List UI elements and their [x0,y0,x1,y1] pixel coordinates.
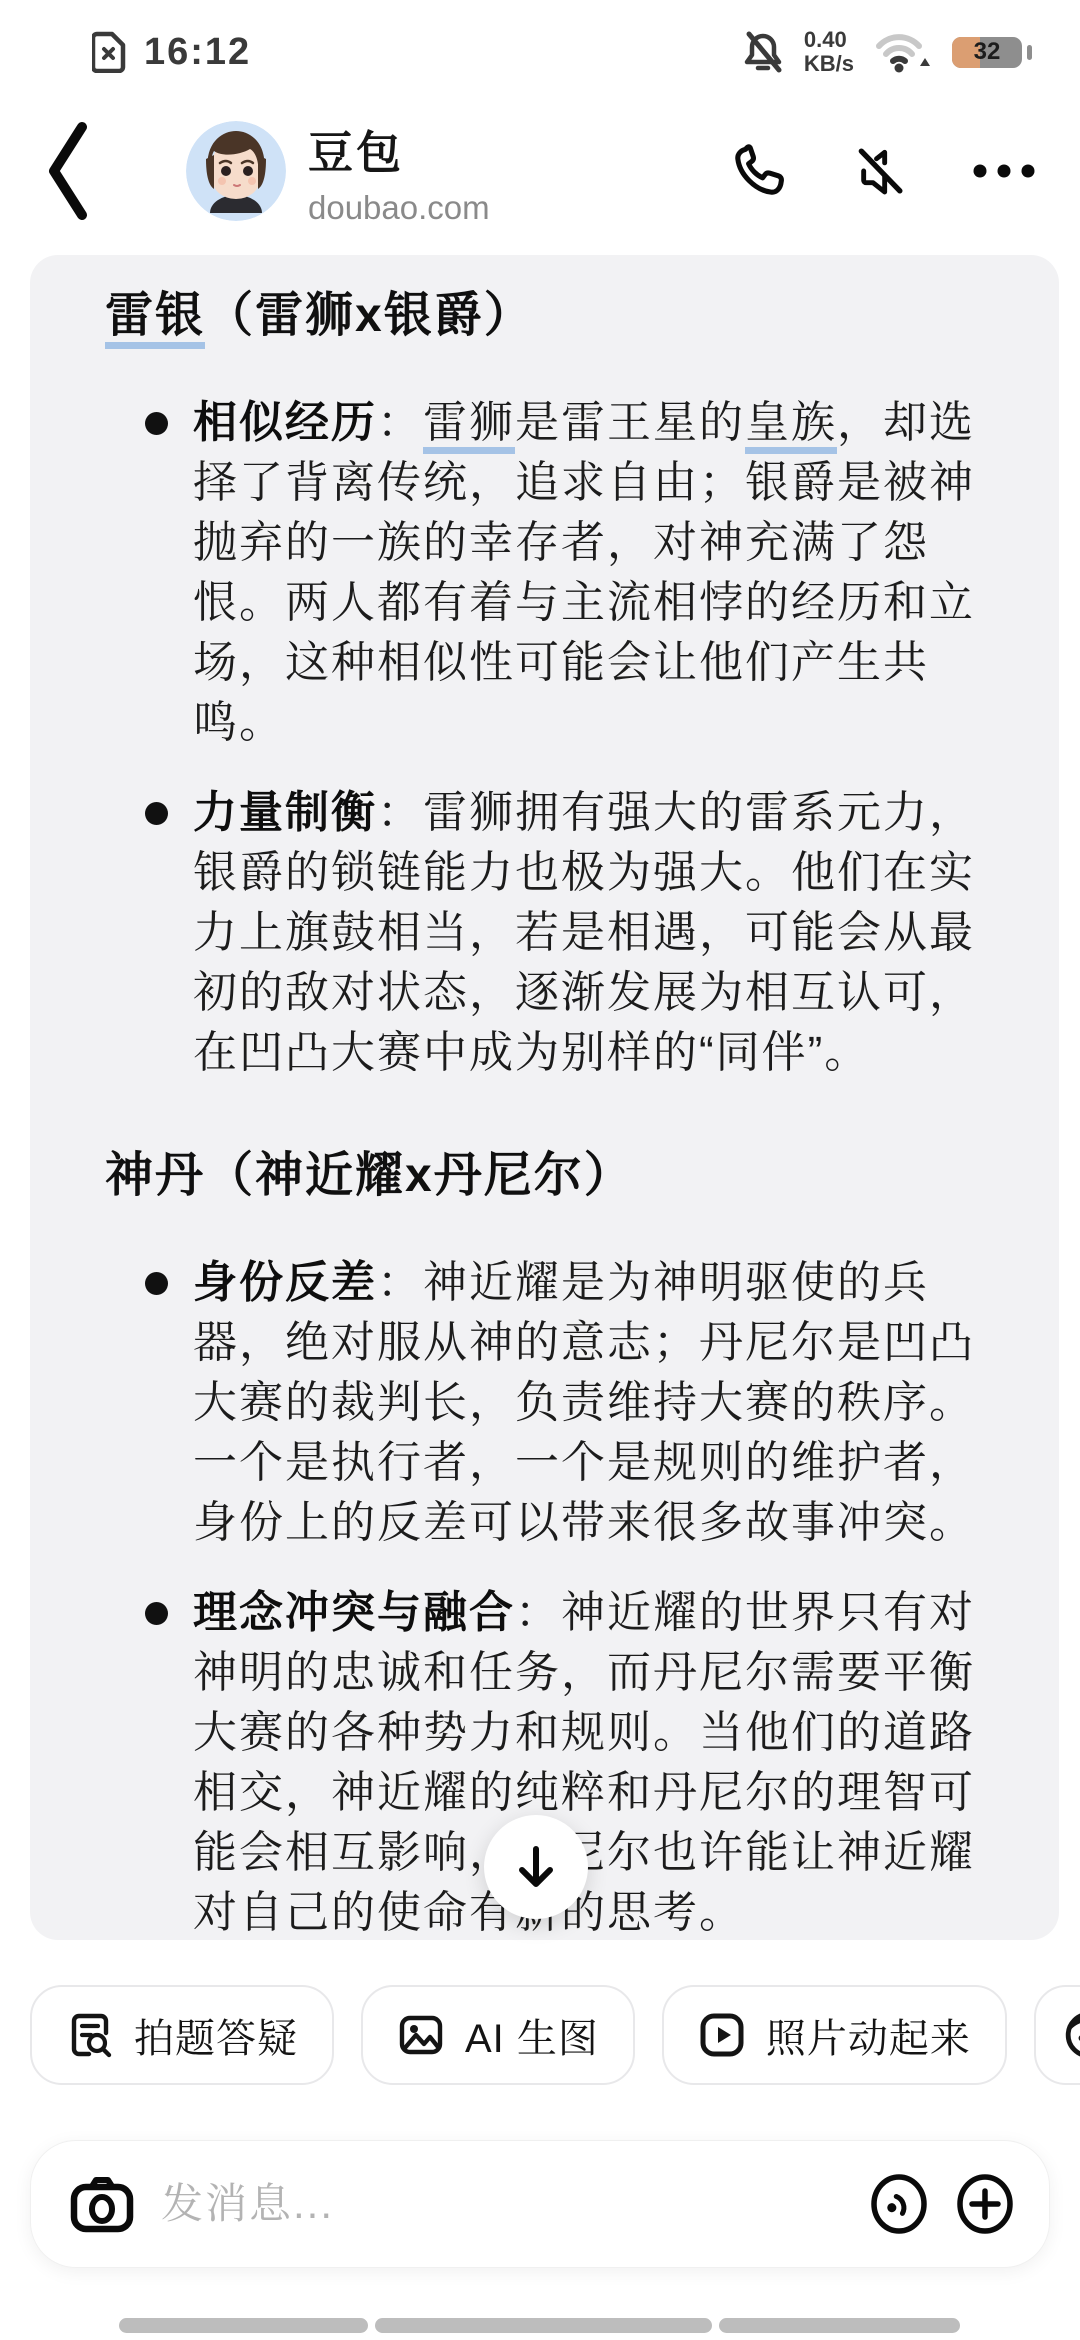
toolbar-item-animate-photo[interactable]: 照片动起来 [662,1985,1007,2085]
chat-header: 豆包 doubao.com [0,90,1080,252]
bullet-text: 力量制衡：雷狮拥有强大的雷系元力，银爵的锁链能力也极为强大。他们在实力上旗鼓相当… [193,783,999,1083]
bullet-text: 相似经历：雷狮是雷王星的皇族，却选择了背离传统，追求自由；银爵是被神抛弃的一族的… [193,393,999,753]
bullet-text: 身份反差：神近耀是为神明驱使的兵器，绝对服从神的意志；丹尼尔是凹凸大赛的裁判长，… [193,1253,999,1553]
message-card-content: 雷银（雷狮x银爵）相似经历：雷狮是雷王星的皇族，却选择了背离传统，追求自由；银爵… [105,285,999,1940]
section-heading: 神丹（神近耀x丹尼尔） [105,1145,999,1207]
contact-subtitle: doubao.com [308,189,730,227]
message-input-bar [30,2140,1050,2268]
face-icon [1064,2010,1080,2060]
add-button[interactable] [955,2174,1015,2234]
speaker-muted-icon [852,143,908,199]
text-segment: 神丹（神近耀x丹尼尔） [105,1149,634,1202]
voice-call-button[interactable] [869,2174,929,2234]
wifi-icon [874,30,932,74]
camera-button[interactable] [69,2174,135,2234]
down-arrow-icon [510,1841,562,1893]
message-input[interactable] [161,2180,869,2228]
text-segment: 理念冲突与融合 [193,1588,515,1637]
battery-nub [1027,45,1032,60]
call-button[interactable] [730,142,788,200]
gesture-bar-segment[interactable] [375,2318,712,2333]
bullet-dot [105,783,193,1083]
battery-percent: 32 [952,37,1022,68]
linked-term[interactable]: 皇族 [745,398,837,454]
contact-name: 豆包 [308,116,730,181]
linked-term[interactable]: 雷狮 [423,398,515,454]
status-bar: 16:12 0.40 KB/s 32 [0,0,1080,90]
scroll-to-bottom-button[interactable] [484,1815,588,1919]
back-button[interactable] [46,119,90,223]
toolbar-item-photo-question[interactable]: 拍题答疑 [30,1985,334,2085]
bullet-dot [105,1253,193,1553]
quick-actions-toolbar: 拍题答疑 AI 生图 照片动起来 AI [0,1985,1080,2087]
video-play-icon [698,2011,746,2059]
toolbar-item-ai-companion[interactable]: AI [1034,1985,1080,2085]
text-segment: 相似经历 [193,398,377,447]
text-segment: ： [377,398,423,447]
plus-icon [955,2174,1015,2234]
message-card: 雷银（雷狮x银爵）相似经历：雷狮是雷王星的皇族，却选择了背离传统，追求自由；银爵… [30,255,1059,1940]
bottom-gesture-bars [0,2318,1080,2334]
text-segment: ，却选择了背离传统，追求自由；银爵是被神抛弃的一族的幸存者，对神充满了怨恨。两人… [193,398,975,747]
toolbar-item-ai-image[interactable]: AI 生图 [361,1985,635,2085]
notifications-off-icon [742,30,784,74]
avatar[interactable] [186,121,286,221]
more-button[interactable] [972,163,1036,179]
bullet-item: 相似经历：雷狮是雷王星的皇族，却选择了背离传统，追求自由；银爵是被神抛弃的一族的… [105,393,999,753]
status-time: 16:12 [144,31,251,74]
network-speed-value: 0.40 [804,28,847,52]
image-gen-icon [397,2011,445,2059]
bullet-text: 理念冲突与融合：神近耀的世界只有对神明的忠诚和任务，而丹尼尔需要平衡大赛的各种势… [193,1583,999,1940]
bullet-dot [105,1583,193,1940]
gesture-bar-segment[interactable] [719,2318,960,2333]
text-segment: 力量制衡 [193,788,377,837]
bullet-item: 身份反差：神近耀是为神明驱使的兵器，绝对服从神的意志；丹尼尔是凹凸大赛的裁判长，… [105,1253,999,1553]
section-heading: 雷银（雷狮x银爵） [105,285,999,347]
battery-indicator: 32 [952,37,1022,68]
voice-wave-icon [869,2174,929,2234]
network-speed-unit: KB/s [804,52,854,76]
toolbar-item-label: 拍题答疑 [134,2007,298,2064]
linked-term[interactable]: 雷银 [105,289,205,349]
mute-button[interactable] [852,143,908,199]
toolbar-item-label: 照片动起来 [766,2007,971,2064]
avatar-girl-illustration [186,121,286,221]
more-icon [972,163,1036,179]
bullet-dot [105,393,193,753]
text-segment: （雷狮x银爵） [205,289,534,342]
photo-question-icon [66,2011,114,2059]
gesture-bar-segment[interactable] [119,2318,368,2333]
chat-screen: { "colors": { "card_background": "#f2f2f… [0,0,1080,2340]
toolbar-item-label: AI 生图 [465,2007,599,2064]
phone-call-icon [730,142,788,200]
sim-error-icon [92,31,126,73]
text-segment: 是雷王星的 [515,398,745,447]
text-segment: 身份反差 [193,1258,377,1307]
bullet-item: 力量制衡：雷狮拥有强大的雷系元力，银爵的锁链能力也极为强大。他们在实力上旗鼓相当… [105,783,999,1083]
network-speed: 0.40 KB/s [804,28,854,76]
back-icon [46,119,90,223]
camera-icon [69,2174,135,2234]
